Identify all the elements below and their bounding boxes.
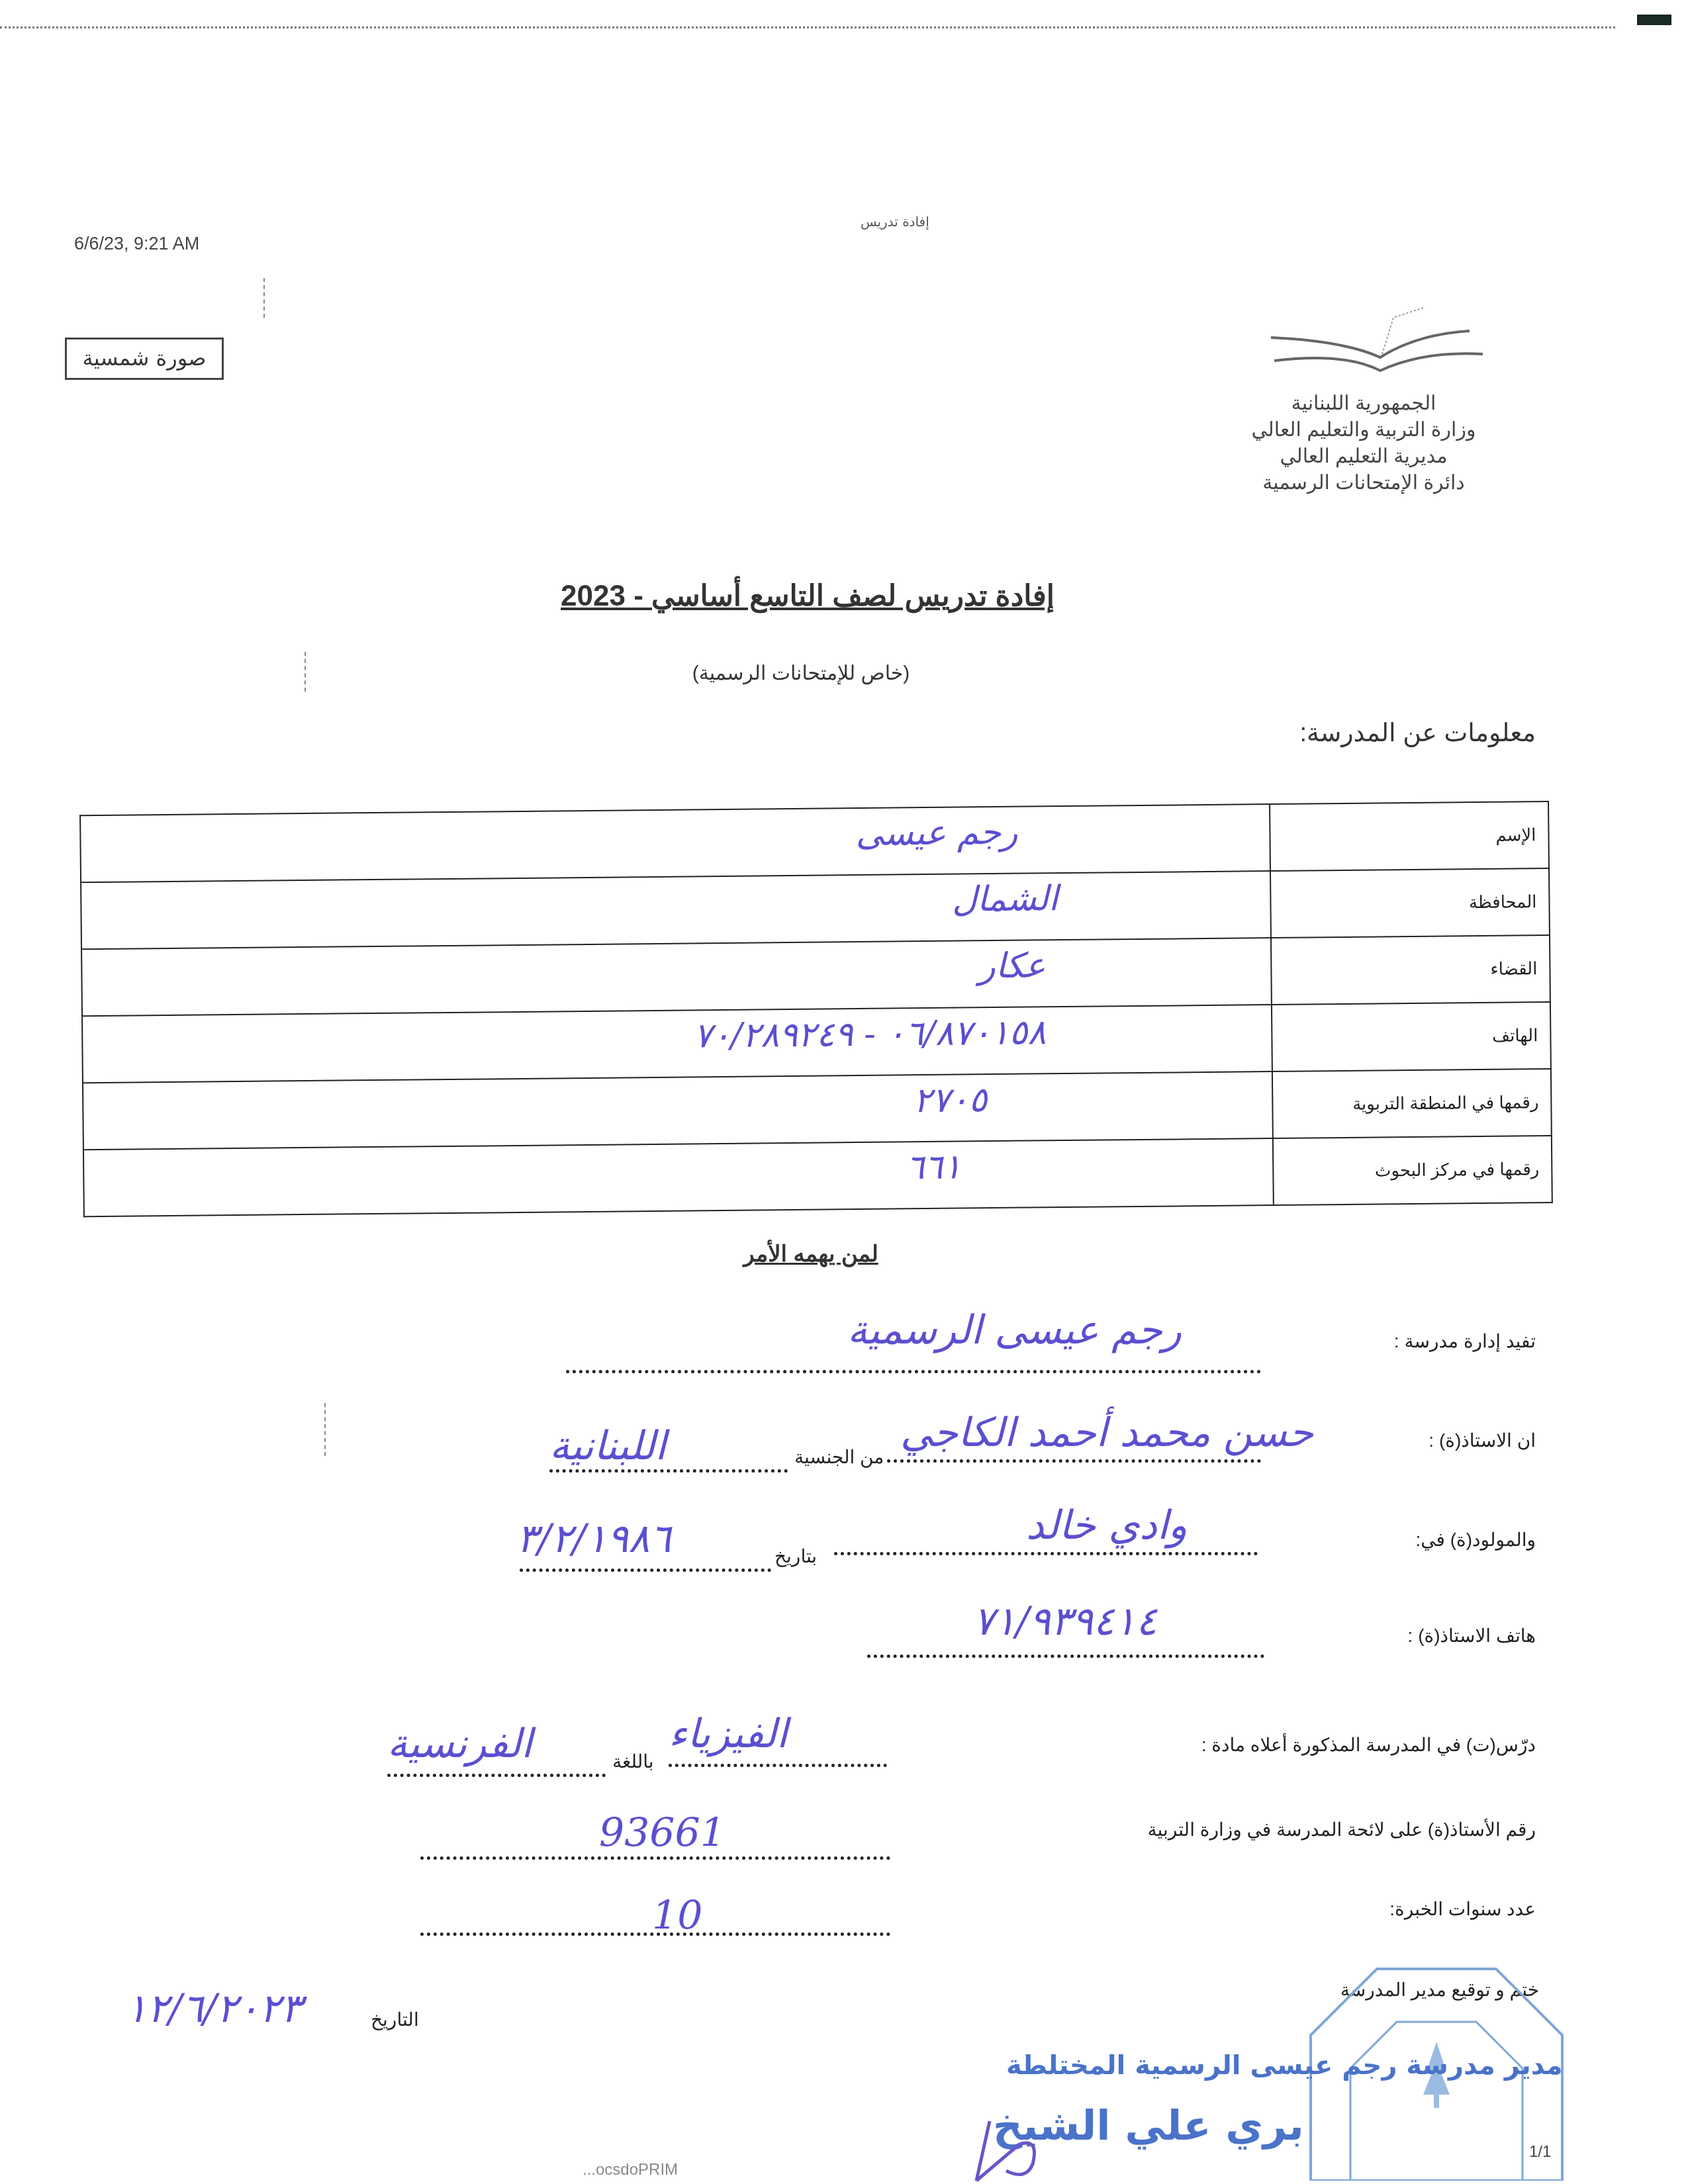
row-value-cell: رجم عيسى xyxy=(80,804,1270,882)
row-label: رقمها في مركز البحوث xyxy=(1273,1136,1552,1205)
photo-placeholder: صورة شمسية xyxy=(65,338,224,380)
principal-signature-icon xyxy=(960,2118,1046,2184)
row-value-cell: عكار xyxy=(81,938,1272,1016)
date-value: ١٢/٦/٢٠٢٣ xyxy=(126,1985,302,2032)
handwritten-value: ٦٦١ xyxy=(906,1148,961,1188)
row-label: رقمها في المنطقة التربوية xyxy=(1272,1069,1552,1138)
row-label: الهاتف xyxy=(1272,1002,1551,1071)
teacher-phone-dotted-line xyxy=(867,1655,1264,1658)
ministry-book-logo-icon xyxy=(1264,304,1503,390)
page-number: 1/1 xyxy=(1529,2143,1551,2161)
date-label: التاريخ xyxy=(371,2009,419,2030)
row-value-cell: ٠٦/٨٧٠١٥٨ - ٧٠/٢٨٩٢٤٩ xyxy=(82,1005,1272,1083)
nationality-dotted-line xyxy=(549,1469,788,1473)
language-label: باللغة xyxy=(612,1751,654,1772)
nationality-value: اللبنانية xyxy=(549,1423,666,1469)
scan-margin-mark xyxy=(305,652,306,692)
principal-stamp-title: مدير مدرسة رجم عيسى الرسمية المختلطة xyxy=(1006,2050,1563,2081)
photo-label: صورة شمسية xyxy=(83,345,207,371)
teacher-dotted-line xyxy=(887,1459,1261,1463)
roster-number-value: 93661 xyxy=(599,1810,726,1856)
ministry-header: الجمهورية اللبنانية وزارة التربية والتعل… xyxy=(1192,390,1536,496)
birth-date-dotted-line xyxy=(520,1569,771,1572)
birth-date-label: بتاريخ xyxy=(774,1545,817,1567)
subject-dotted-line xyxy=(669,1764,887,1767)
row-label: القضاء xyxy=(1271,935,1550,1005)
born-in-value: وادي خالد xyxy=(1026,1502,1188,1549)
subject-label: درّس(ت) في المدرسة المذكورة أعلاه مادة : xyxy=(1201,1734,1536,1756)
handwritten-value: الشمال xyxy=(952,879,1058,920)
born-in-label: والمولود(ة) في: xyxy=(1415,1529,1536,1551)
ministry-line: وزارة التربية والتعليم العالي xyxy=(1192,417,1536,443)
document-title: إفادة تدريس لصف التاسع أساسي - 2023 xyxy=(556,579,1059,613)
print-footer-url-fragment: ...ocsdoPRIM xyxy=(583,2161,678,2179)
school-admin-value: رجم عيسى الرسمية xyxy=(847,1307,1182,1353)
teacher-phone-value: ٧١/٩٣٩٤١٤ xyxy=(973,1598,1157,1645)
birth-date-value: ٣/٢/١٩٨٦ xyxy=(516,1516,671,1562)
handwritten-value: عكار xyxy=(978,946,1045,986)
scan-margin-mark xyxy=(263,278,265,318)
scan-corner-mark xyxy=(1637,15,1671,25)
handwritten-value: رجم عيسى xyxy=(855,813,1017,854)
nationality-label: من الجنسية xyxy=(794,1446,884,1468)
table-row: رقمها في مركز البحوث ٦٦١ xyxy=(83,1136,1552,1216)
handwritten-value: ٠٦/٨٧٠١٥٨ - ٧٠/٢٨٩٢٤٩ xyxy=(693,1013,1046,1056)
scan-margin-mark xyxy=(324,1403,326,1456)
row-label: المحافظة xyxy=(1270,868,1550,938)
school-admin-dotted-line xyxy=(566,1370,1261,1373)
row-label: الإسم xyxy=(1270,801,1549,871)
teacher-phone-label: هاتف الاستاذ(ة) : xyxy=(1408,1625,1536,1647)
born-in-dotted-line xyxy=(834,1552,1258,1555)
ministry-line: دائرة الإمتحانات الرسمية xyxy=(1192,470,1536,496)
ministry-line: مديرية التعليم العالي xyxy=(1192,443,1536,470)
teacher-name-value: حسن محمد أحمد الكاجي xyxy=(900,1410,1313,1456)
row-value-cell: ٢٧٠٥ xyxy=(83,1071,1273,1150)
school-info-table: الإسم رجم عيسى المحافظة الشمال القضاء عك… xyxy=(79,801,1553,1217)
to-whom-heading: لمن يهمه الأمر xyxy=(728,1241,894,1267)
document-subtitle: (خاص للإمتحانات الرسمية) xyxy=(662,662,940,685)
experience-value: 10 xyxy=(652,1893,702,1939)
subject-value: الفيزياء xyxy=(669,1711,788,1757)
roster-number-dotted-line xyxy=(420,1856,890,1860)
section-heading-school-info: معلومات عن المدرسة: xyxy=(1300,718,1536,748)
school-admin-label: تفيد إدارة مدرسة : xyxy=(1394,1330,1536,1352)
language-dotted-line xyxy=(387,1774,606,1777)
row-value-cell: الشمال xyxy=(81,871,1271,949)
roster-number-label: رقم الأستاذ(ة) على لائحة المدرسة في وزار… xyxy=(1147,1819,1536,1841)
ministry-line: الجمهورية اللبنانية xyxy=(1192,390,1536,417)
handwritten-value: ٢٧٠٥ xyxy=(913,1080,987,1120)
row-value-cell: ٦٦١ xyxy=(83,1138,1274,1216)
language-value: الفرنسية xyxy=(387,1721,532,1767)
print-header-title: إفادة تدريس xyxy=(861,214,929,230)
print-timestamp: 6/6/23, 9:21 AM xyxy=(74,234,199,254)
teacher-label: ان الاستاذ(ة) : xyxy=(1429,1430,1536,1451)
scan-top-border xyxy=(0,26,1615,28)
experience-label: عدد سنوات الخبرة: xyxy=(1389,1898,1536,1920)
